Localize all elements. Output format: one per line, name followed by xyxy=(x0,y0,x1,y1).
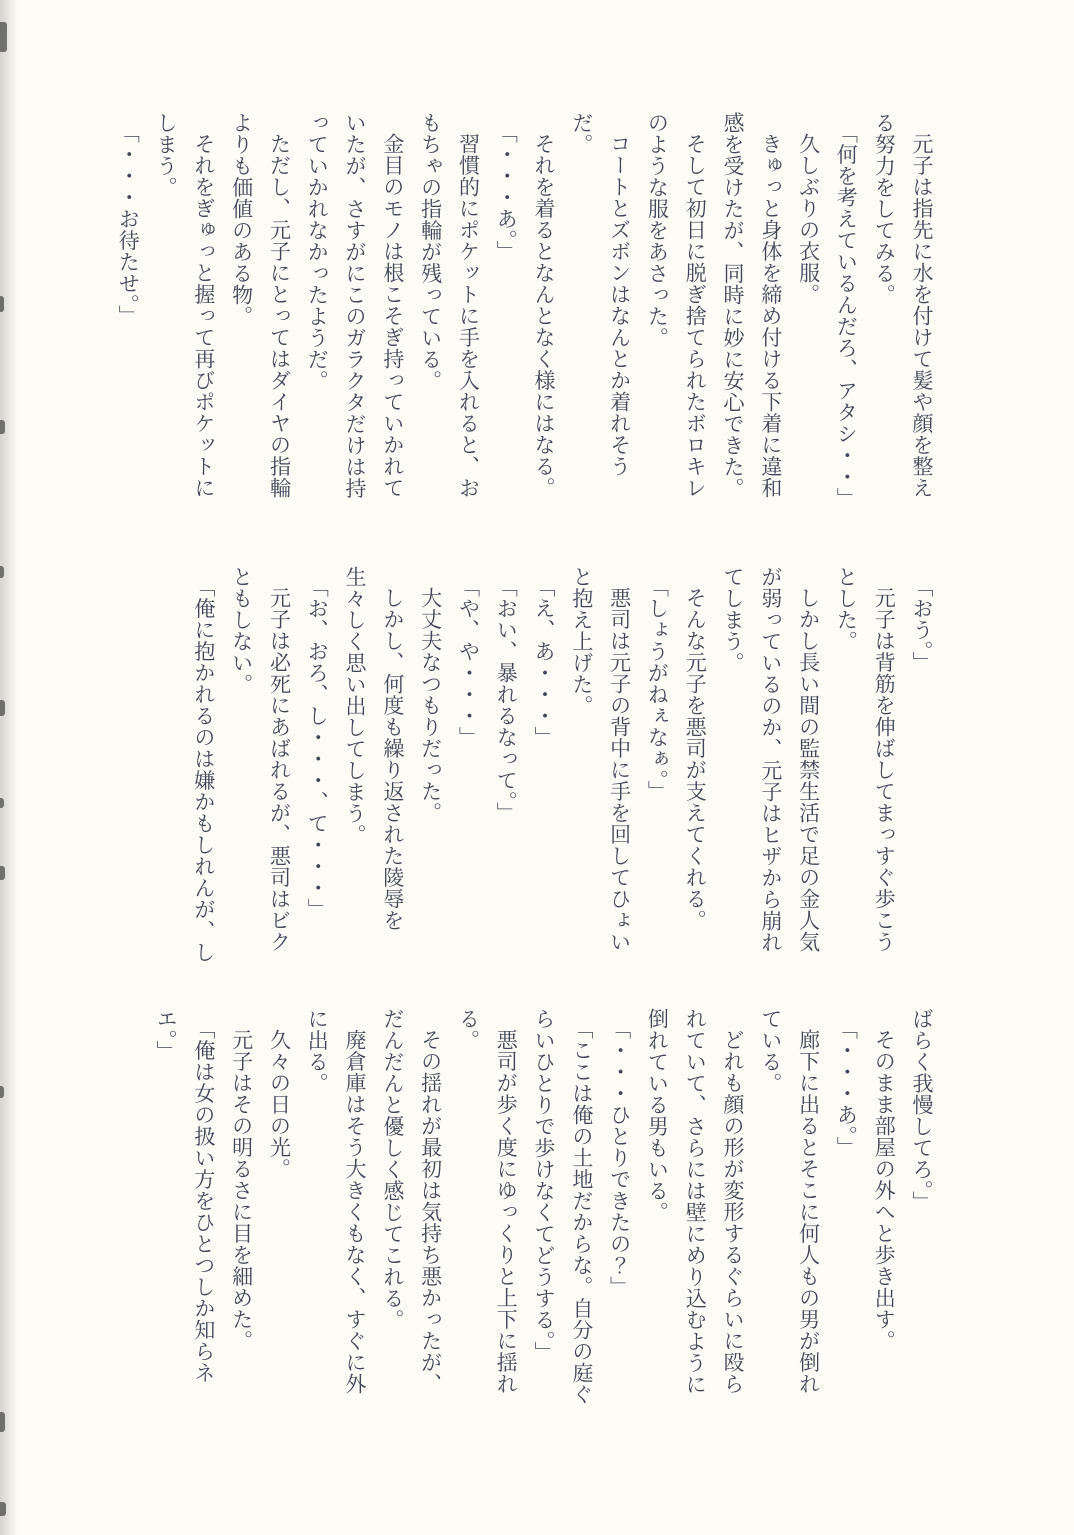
text-column: だんだんと優しく感じてこれる。 xyxy=(373,1008,411,1412)
text-column: 廃倉庫はそう大きくもなく、すぐに外 xyxy=(335,1008,373,1412)
text-column: その揺れが最初は気持ち悪かったが、 xyxy=(411,1008,449,1412)
text-column: 「え、あ・・・」 xyxy=(524,566,562,970)
text-tier-top: 元子は指先に水を付けて髪や顔を整える努力をしてみる。「何を考えているんだろ、アタ… xyxy=(86,112,940,516)
scan-artifact xyxy=(0,566,4,578)
scan-artifact xyxy=(0,296,4,312)
text-column: それをぎゅっと握って再びポケットに xyxy=(184,112,222,516)
text-column: 元子は指先に水を付けて髪や顔を整え xyxy=(902,112,940,516)
text-column: しかし長い間の監禁生活で足の金人気 xyxy=(789,566,827,970)
text-column: とした。 xyxy=(827,566,865,970)
text-column: きゅっと身体を締め付ける下着に違和 xyxy=(751,112,789,516)
text-column: ただし、元子にとってはダイヤの指輪 xyxy=(260,112,298,516)
text-column: と抱え上げた。 xyxy=(562,566,600,970)
text-column: どれも顔の形が変形するぐらいに殴ら xyxy=(713,1008,751,1412)
text-column: る。 xyxy=(449,1008,487,1412)
text-column: 生々しく思い出してしまう。 xyxy=(335,566,373,970)
text-column: る努力をしてみる。 xyxy=(864,112,902,516)
scan-artifact xyxy=(0,798,4,808)
text-column: 「俺に抱かれるのは嫌かもしれんが、し xyxy=(184,566,222,970)
text-column: 悪司が歩く度にゆっくりと上下に揺れ xyxy=(486,1008,524,1412)
scan-artifact xyxy=(0,1412,5,1432)
text-column: 「お、おろ、し・・・、て・・・」 xyxy=(297,566,335,970)
text-tier-bottom: ばらく我慢してろ。」そのまま部屋の外へと歩き出す。「・・・あ。」廊下に出るとそこ… xyxy=(86,1008,940,1412)
text-column: 「しょうがねぇなぁ。」 xyxy=(638,566,676,970)
text-column: そのまま部屋の外へと歩き出す。 xyxy=(864,1008,902,1412)
text-column: が弱っているのか、元子はヒザから崩れ xyxy=(751,566,789,970)
text-column: 「・・・お待たせ。」 xyxy=(108,112,146,516)
text-column: れていて、さらには壁にめり込むように xyxy=(675,1008,713,1412)
text-column: 「・・・ひとりできたの？」 xyxy=(600,1008,638,1412)
text-column: 「ここは俺の土地だからな。自分の庭ぐ xyxy=(562,1008,600,1412)
text-column: のような服をあさった。 xyxy=(638,112,676,516)
scan-artifact xyxy=(0,866,5,880)
scan-artifact xyxy=(0,420,5,434)
text-column: しまう。 xyxy=(146,112,184,516)
text-column: そして初日に脱ぎ捨てられたボロキレ xyxy=(675,112,713,516)
text-column: だ。 xyxy=(562,112,600,516)
text-column: 久々の日の光。 xyxy=(260,1008,298,1412)
text-column: 倒れている男もいる。 xyxy=(638,1008,676,1412)
text-column: 金目のモノは根こそぎ持っていかれて xyxy=(373,112,411,516)
text-column: ている。 xyxy=(751,1008,789,1412)
text-column: ともしない。 xyxy=(222,566,260,970)
scanned-page: 元子は指先に水を付けて髪や顔を整える努力をしてみる。「何を考えているんだろ、アタ… xyxy=(0,0,1074,1535)
text-column: 「や、や・・・」 xyxy=(449,566,487,970)
text-column: よりも価値のある物。 xyxy=(222,112,260,516)
text-column: コートとズボンはなんとか着れそう xyxy=(600,112,638,516)
text-column: 「俺は女の扱い方をひとつしか知らネ xyxy=(184,1008,222,1412)
scan-artifact xyxy=(0,700,5,716)
text-column: しかし、何度も繰り返された陵辱を xyxy=(373,566,411,970)
text-column: 「何を考えているんだろ、アタシ・・」 xyxy=(827,112,865,516)
scan-artifact xyxy=(0,22,7,52)
text-column: てしまう。 xyxy=(713,566,751,970)
text-column: それを着るとなんとなく様にはなる。 xyxy=(524,112,562,516)
text-column: 大丈夫なつもりだった。 xyxy=(411,566,449,970)
text-column: いたが、さすがにこのガラクタだけは持 xyxy=(335,112,373,516)
text-column: 「・・・あ。」 xyxy=(486,112,524,516)
text-tier-middle: 「おう。」元子は背筋を伸ばしてまっすぐ歩こうとした。しかし長い間の監禁生活で足の… xyxy=(86,566,940,970)
scan-artifact xyxy=(0,1086,4,1098)
text-column: に出る。 xyxy=(297,1008,335,1412)
text-column: もちゃの指輪が残っている。 xyxy=(411,112,449,516)
text-column: ばらく我慢してろ。」 xyxy=(902,1008,940,1412)
text-column: 久しぶりの衣服。 xyxy=(789,112,827,516)
text-column: らいひとりで歩けなくてどうする。」 xyxy=(524,1008,562,1412)
scan-artifact xyxy=(0,1502,6,1516)
text-column: 廊下に出るとそこに何人もの男が倒れ xyxy=(789,1008,827,1412)
text-column: っていかれなかったようだ。 xyxy=(297,112,335,516)
text-column: そんな元子を悪司が支えてくれる。 xyxy=(675,566,713,970)
text-column: 元子は背筋を伸ばしてまっすぐ歩こう xyxy=(864,566,902,970)
text-column: 習慣的にポケットに手を入れると、お xyxy=(449,112,487,516)
text-column: 「・・・あ。」 xyxy=(827,1008,865,1412)
scan-edge-shadow xyxy=(0,0,18,1535)
text-column: 感を受けたが、同時に妙に安心できた。 xyxy=(713,112,751,516)
text-column: エ。」 xyxy=(146,1008,184,1412)
text-column: 悪司は元子の背中に手を回してひょい xyxy=(600,566,638,970)
text-column: 元子は必死にあばれるが、悪司はビク xyxy=(260,566,298,970)
text-column: 「おい、暴れるなって。」 xyxy=(486,566,524,970)
text-column: 「おう。」 xyxy=(902,566,940,970)
text-column: 元子はその明るさに目を細めた。 xyxy=(222,1008,260,1412)
